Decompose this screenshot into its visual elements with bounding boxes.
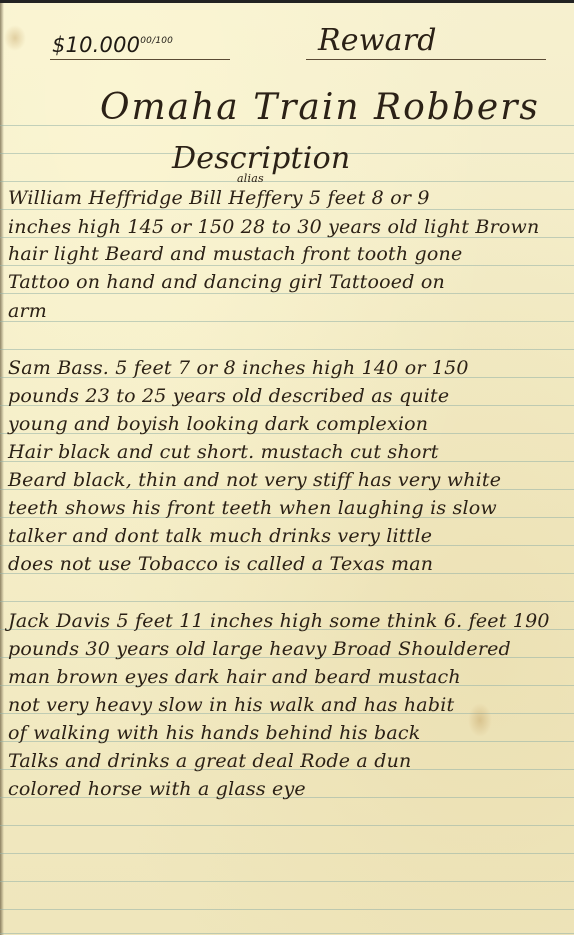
paper-stain — [468, 703, 492, 737]
bass-line-3: young and boyish looking dark complexion — [8, 413, 428, 435]
ruled-line — [0, 853, 574, 854]
ruled-line — [0, 321, 574, 322]
davis-line-4: not very heavy slow in his walk and has … — [8, 694, 454, 716]
reward-underline — [306, 59, 546, 60]
davis-line-2: pounds 30 years old large heavy Broad Sh… — [8, 638, 511, 660]
bass-line-4: Hair black and cut short. mustach cut sh… — [8, 441, 439, 463]
ruled-line — [0, 881, 574, 882]
davis-line-5: of walking with his hands behind his bac… — [8, 722, 420, 744]
heffridge-line-3: hair light Beard and mustach front tooth… — [8, 243, 462, 265]
heffridge-line-1: William Heffridge Bill Heffery 5 feet 8 … — [8, 187, 430, 209]
ruled-line — [0, 601, 574, 602]
ruled-line — [0, 181, 574, 182]
ruled-line — [0, 825, 574, 826]
ruled-line — [0, 265, 574, 266]
document-title: Omaha Train Robbers — [100, 87, 540, 128]
paper-left-edge — [0, 3, 4, 935]
ruled-line — [0, 293, 574, 294]
davis-line-6: Talks and drinks a great deal Rode a dun — [8, 750, 411, 772]
ruled-line — [0, 909, 574, 910]
heffridge-line-2: inches high 145 or 150 28 to 30 years ol… — [8, 216, 539, 238]
reward-amount: $10.00000/100 — [52, 33, 173, 57]
bass-line-1: Sam Bass. 5 feet 7 or 8 inches high 140 … — [8, 357, 469, 379]
document-subtitle: Description — [172, 141, 350, 176]
paper-stain — [4, 25, 26, 51]
handwritten-letter-page: $10.00000/100 Reward Omaha Train Robbers… — [0, 0, 574, 935]
reward-heading: Reward — [318, 23, 437, 58]
ruled-line — [0, 349, 574, 350]
ruled-line — [0, 209, 574, 210]
bass-line-8: does not use Tobacco is called a Texas m… — [8, 553, 433, 575]
heffridge-line-4: Tattoo on hand and dancing girl Tattooed… — [8, 271, 445, 293]
bass-line-5: Beard black, thin and not very stiff has… — [8, 469, 501, 491]
ruled-line — [0, 933, 574, 934]
alias-annotation: alias — [237, 174, 253, 183]
davis-line-7: colored horse with a glass eye — [8, 778, 306, 800]
bass-line-7: talker and dont talk much drinks very li… — [8, 525, 432, 547]
amount-underline — [50, 59, 230, 60]
bass-line-6: teeth shows his front teeth when laughin… — [8, 497, 497, 519]
davis-line-1: Jack Davis 5 feet 11 inches high some th… — [8, 610, 550, 632]
heffridge-line-5: arm — [8, 300, 47, 322]
davis-line-3: man brown eyes dark hair and beard musta… — [8, 666, 461, 688]
bass-line-2: pounds 23 to 25 years old described as q… — [8, 385, 449, 407]
